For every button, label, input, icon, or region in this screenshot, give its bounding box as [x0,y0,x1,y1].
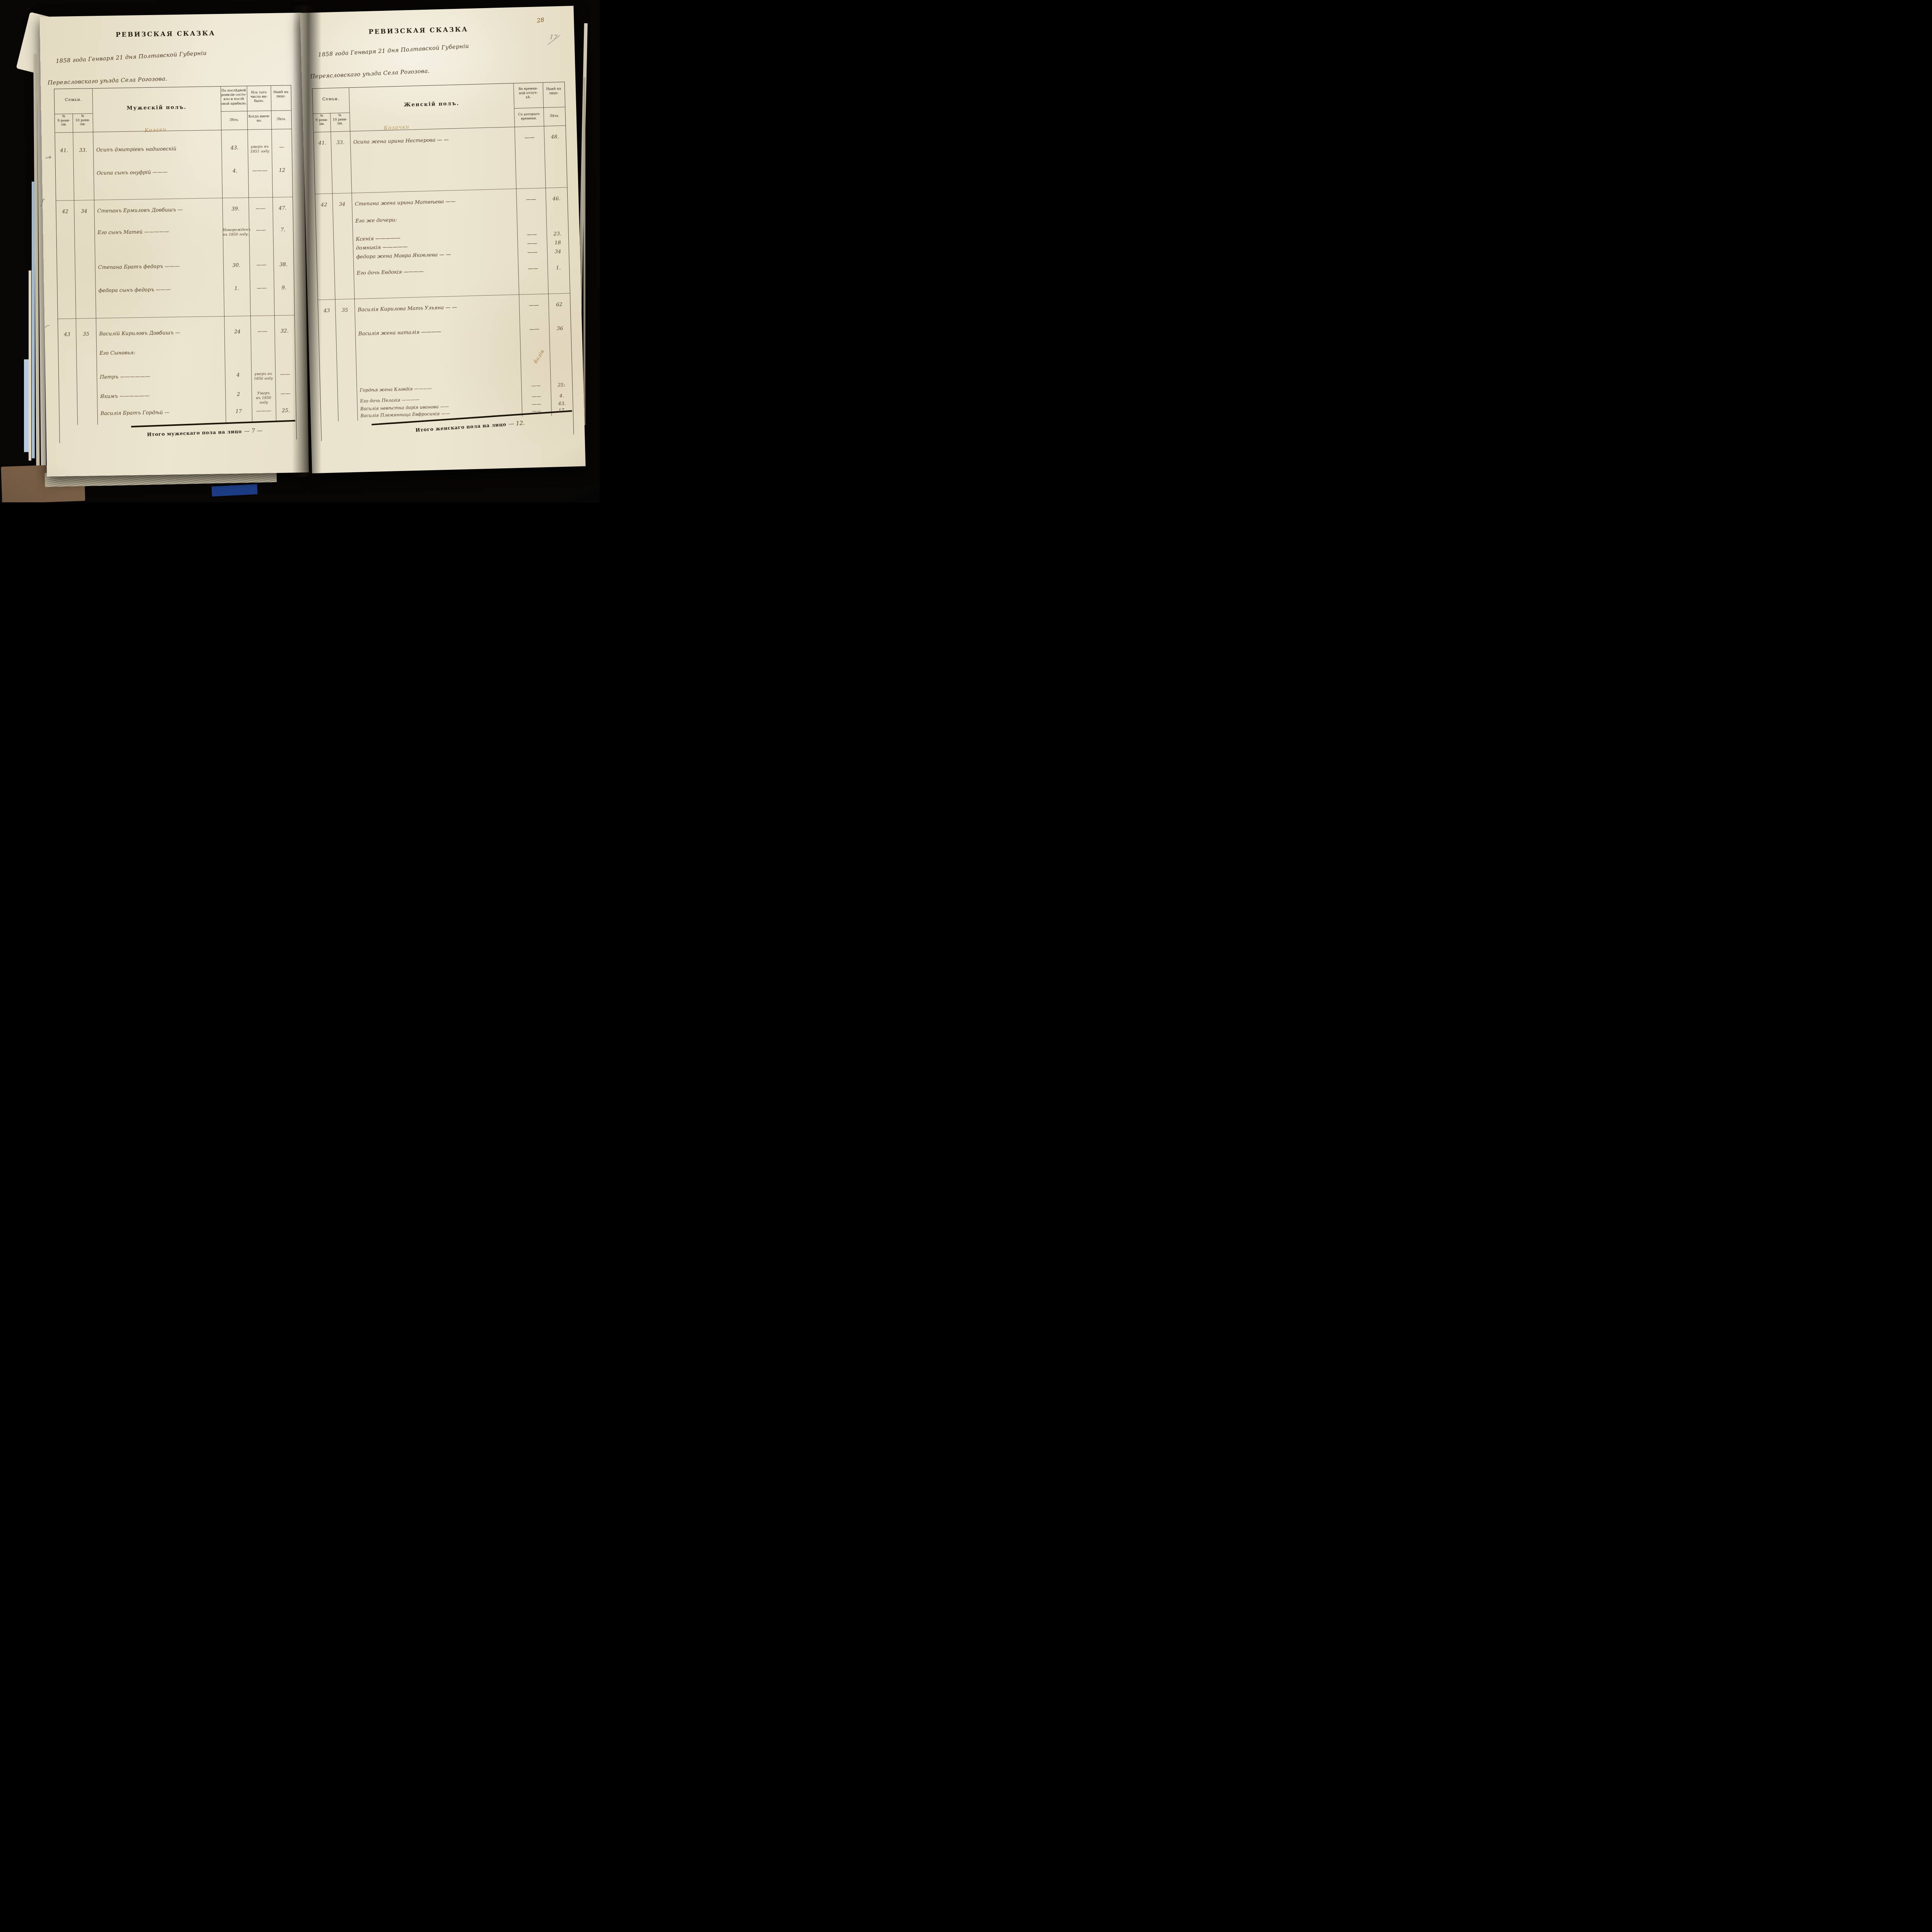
blue-page-edge [32,182,35,458]
cell-now: 23. [547,231,568,237]
cell-now: 62 [548,301,570,308]
pencil-mark: ( [44,324,51,329]
cell-prev: 17 [226,408,252,415]
table-row: Василія Братъ Гордѣй —17———25. [60,408,296,412]
cell-n9: 41. [314,140,331,146]
section-label: Козаки [113,125,198,135]
cell-now: —— [275,371,295,378]
col-now-years: Лѣта. [544,114,565,119]
cell-name: Осипа сынъ онуфрій ——— [94,168,222,176]
cell-now: 12 [272,167,292,173]
col-temporary-absence: Во времен- ной отлуч- кѣ. [514,87,543,100]
blue-page-edge [24,359,29,452]
cell-name: Его Сыновья: [96,349,224,356]
section-label: Козачки [350,122,443,134]
cell-name: Василія Братъ Гордѣй — [97,409,226,417]
col-rev10: № 10 реви- зіи. [73,114,93,127]
cell-away: —— [520,326,549,333]
total-line: Итого мужескаго пола на лицо— 7 — [114,425,295,439]
cell-when: ——— [252,408,276,414]
cell-name: Степана жена ирина Матвѣева —— [352,197,516,207]
right-page: РЕВИЗСКАЯ СКАЗКА 1858 года Генваря 21 дн… [300,6,586,473]
cell-when: умеръ въ 1856 году [251,372,275,381]
cell-away: —— [515,134,544,141]
cell-now: 47. [272,205,293,211]
cell-away: —— [518,265,548,272]
cell-when: —— [249,227,273,233]
cell-now: —— [276,391,296,397]
cell-n10: 33. [331,139,350,146]
cell-now: 34 [547,248,569,255]
header-rule [514,107,565,109]
cell-prev: 39. [222,206,248,212]
place-line: Переясловскаго уѣзда Села Рогозова. [48,76,167,86]
cell-name: Гордѣя жена Клавдія ———— [357,383,521,393]
cell-now: 32. [274,328,294,334]
cell-n10: 35 [76,331,96,337]
marginal-note: балів [532,348,545,364]
cell-now: 7. [273,227,293,233]
cell-when: —— [250,262,274,268]
total-line: Итого женскаго пола на лицо— 12. [368,416,573,436]
col-now-present: Нынѣ на лицо. [543,87,565,96]
cell-name: Ксенія ————— [353,232,517,242]
col-rev9: № 9 реви- зіи. [313,114,330,127]
cell-now: 46. [546,196,567,202]
cell-name: Василій Кириловъ Довбишъ — [96,329,224,337]
cell-name: Якимъ —————— [97,392,225,400]
date-line: 1858 года Генваря 21 дня Полтавской Губе… [56,50,207,65]
cell-when: Умеръ въ 1850 году [252,391,276,405]
group-divider [56,197,293,201]
total-value: — 7 — [244,428,262,435]
total-label: Итого женскаго пола на лицо [415,421,507,433]
cell-now: 17. [551,407,573,413]
cell-name: Его дочь Евдокія ———— [354,266,518,276]
cell-name: Василія жена наталія ———— [355,327,520,337]
table-row: Его дочь Пелагія ——————4. [321,393,573,399]
census-table-female: Семьи. № 9 реви- зіи. № 10 реви- зіи. Же… [312,82,574,441]
col-family: Семьи. [313,96,349,102]
cell-prev: 2 [225,391,252,398]
page-title: РЕВИЗСКАЯ СКАЗКА [80,29,250,39]
cell-now: 1. [548,265,569,271]
page-title: РЕВИЗСКАЯ СКАЗКА [328,24,509,36]
cell-away: —— [517,240,547,247]
cell-prev: 4. [222,168,248,174]
cell-now: 18 [547,240,568,246]
page-edge [583,77,585,425]
cell-name: Осипа жена ирина Нестерова — — [350,135,515,145]
table-row: Гордѣя жена Клавдія ——————25: [320,382,572,388]
cell-n9: 42 [315,202,332,208]
cell-prev: 4 [225,372,251,378]
cell-away: —— [516,196,546,203]
header-rule [221,110,291,112]
cell-n10: 35 [335,307,355,313]
cell-away: —— [518,249,547,256]
cell-prev: 43. [221,145,248,151]
cell-now: 38. [274,262,294,268]
cell-name: Осипъ дмитріевъ надшовскій [93,145,221,153]
col-rev10: № 10 реви- зіи. [330,113,350,126]
cell-now: 36 [549,325,571,332]
table-row: Василія жена наталія ——————36 [319,325,571,332]
cell-away: —— [522,408,551,414]
cell-n9: 41. [55,148,73,154]
cell-n10: 34 [74,208,94,214]
cell-now: — [272,144,292,150]
place-line: Переясловскаго уѣзда Села Рогозова. [310,68,430,80]
table-row: Его сынъ Матей —————Новорожденъ въ 1850 … [56,227,293,231]
total-label: Итого мужескаго пола на лицо [147,429,242,437]
blue-folder-edge [211,484,257,497]
table-row: 4335Василій Кириловъ Довбишъ —24——32. [58,328,295,332]
cell-when: —— [250,328,274,335]
census-table-male: Семьи. № 9 реви- зіи. № 10 реви- зіи. Му… [54,85,297,443]
col-departed: Изъ того числа вы- было. [247,90,271,104]
table-row: 4234Степана жена ирина Матвѣева ————46. [315,196,567,202]
cell-away: —— [517,231,547,238]
col-prev-revision: По послѣдней ревизіи состо- яло и послѣ … [221,88,247,106]
page-edge [29,270,31,461]
table-row: Его дочь Евдокія ——————1. [317,265,569,271]
cell-prev: 1. [224,286,250,292]
cell-when: умеръ въ 1851 году [248,145,272,154]
col-now-present: Нынѣ на лицо. [271,90,291,99]
cell-name: федора жена Мавра Яковлева — — [353,250,518,260]
total-value: — 12. [509,420,525,427]
cell-n9: 43 [318,308,335,314]
cell-prev: Новорожденъ въ 1850 году. [223,228,249,237]
cell-prev: 24 [224,329,250,335]
table-row: 4335Василія Кирилова Мать Ульяна — ———62 [318,301,570,308]
cell-n9: 43 [58,332,76,338]
cell-n10: 34 [332,201,352,207]
cell-now: 43. [551,400,573,406]
col-male-sex: Мужескій полъ. [92,104,221,112]
folio-number-ink: 28 [536,16,544,24]
table-row: Осипа сынъ онуфрій ———4.———12 [56,167,292,171]
table-row: Его Сыновья: [58,347,295,351]
group-divider [318,293,570,300]
cell-away: —— [519,302,548,309]
cell-now: 9. [274,285,294,291]
cell-away: —— [522,393,551,400]
table-row: Его же дочери: [316,213,568,219]
cell-away: —— [521,383,551,389]
table-row: Ксенія ———————23. [316,231,568,237]
left-page: РЕВИЗСКАЯ СКАЗКА 1858 года Генваря 21 дн… [40,13,309,477]
table-row: 41.33.Осипа жена ирина Нестерова — ———48… [314,134,566,141]
cell-name: федора сынъ федоръ ——— [95,286,224,294]
cell-name: Его же дочери: [352,214,517,224]
col-when-exactly: Когда имен- но. [247,114,271,123]
col-rev9: № 9 реви- зіи. [55,114,73,127]
col-female-sex: Женскій полъ. [349,99,514,109]
cell-n9: 42 [56,209,74,215]
cell-prev: 30. [223,262,250,269]
cell-name: Степанъ Ермиловъ Довбишъ — [94,206,223,214]
cell-now: 25: [551,382,572,388]
table-row: федора сынъ федоръ ———1.——9. [58,285,294,289]
col-family: Семьи. [54,97,92,102]
cell-now: 4. [551,393,573,398]
cell-name: Степана Братъ федоръ ——— [95,263,223,270]
cell-when: —— [248,206,272,212]
col-prev-years: Лѣта. [221,118,247,122]
cell-away: —— [522,401,551,407]
cell-now: 25. [276,408,296,414]
table-row: 4234Степанъ Ермиловъ Довбишъ —39.——47. [56,205,293,209]
col-since-when: Съ котораго времени. [514,112,544,121]
cell-name: Его сынъ Матей ————— [94,228,223,236]
date-line: 1858 года Генваря 21 дня Полтавской Губе… [318,43,469,58]
table-row: 41.33.Осипъ дмитріевъ надшовскій43.умеръ… [55,144,292,148]
group-divider [58,315,294,319]
table-row: Степана Братъ федоръ ———30.——38. [57,262,294,265]
table-body: Козаки Итого мужескаго пола на лицо— 7 —… [55,129,296,442]
group-divider [315,187,567,194]
cell-name: домникія ————— [353,241,517,251]
cell-n10: 33. [73,147,93,153]
table-row: Якимъ ——————2Умеръ въ 1850 году—— [59,391,296,395]
cell-when: —— [250,285,274,291]
col-now-years: Лѣта. [271,117,291,122]
table-body: Козачки балів Итого женскаго пола на лиц… [314,126,574,441]
book-scan-photo: РЕВИЗСКАЯ СКАЗКА 1858 года Генваря 21 дн… [0,0,600,502]
cell-now: 48. [544,134,566,140]
cell-when: ——— [248,168,272,174]
table-row: Петръ ——————4умеръ въ 1856 году—— [59,371,295,375]
cell-name: Петръ —————— [97,372,225,380]
cell-name: Василія Кирилова Мать Ульяна — — [355,303,519,313]
pencil-mark: → [44,152,52,163]
